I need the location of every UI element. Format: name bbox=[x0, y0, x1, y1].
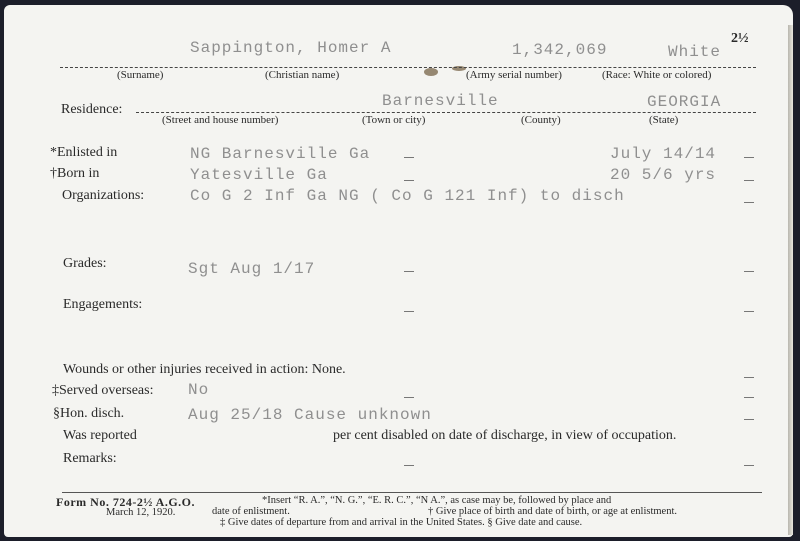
dash-mark bbox=[744, 202, 754, 203]
dash-mark bbox=[404, 271, 414, 272]
caption-race: (Race: White or colored) bbox=[602, 69, 711, 81]
footer-rule bbox=[62, 492, 762, 493]
enlisted-value: NG Barnesville Ga bbox=[190, 145, 370, 163]
engagements-label: Engagements: bbox=[63, 297, 142, 313]
race-value: White bbox=[668, 43, 721, 61]
dash-mark bbox=[404, 180, 414, 181]
enlisted-date: July 14/14 bbox=[610, 145, 716, 163]
overseas-value: No bbox=[188, 381, 209, 399]
dash-mark bbox=[744, 397, 754, 398]
footnote-2: † Give place of birth and date of birth,… bbox=[428, 506, 677, 517]
dash-mark bbox=[744, 377, 754, 378]
residence-state: GEORGIA bbox=[647, 93, 721, 111]
wounds-value: None. bbox=[312, 362, 346, 377]
dash-mark bbox=[404, 311, 414, 312]
discharge-value: Aug 25/18 Cause unknown bbox=[188, 406, 432, 424]
caption-serial: (Army serial number) bbox=[466, 69, 562, 81]
dash-mark bbox=[404, 157, 414, 158]
soldier-name: Sappington, Homer A bbox=[190, 39, 391, 57]
caption-town: (Town or city) bbox=[362, 114, 425, 126]
dash-mark bbox=[404, 465, 414, 466]
footnote-1: *Insert “R. A.”, “N. G.”, “E. R. C.”, “N… bbox=[262, 495, 611, 506]
dash-mark bbox=[744, 419, 754, 420]
remarks-label: Remarks: bbox=[63, 451, 117, 467]
caption-state: (State) bbox=[649, 114, 678, 126]
service-record-card: 2½ Sappington, Homer A 1,342,069 White (… bbox=[4, 5, 793, 537]
dash-mark bbox=[404, 397, 414, 398]
organizations-label: Organizations: bbox=[62, 188, 144, 204]
dash-mark bbox=[744, 180, 754, 181]
card-edge bbox=[788, 25, 793, 535]
grades-value: Sgt Aug 1/17 bbox=[188, 260, 315, 278]
wounds-label: Wounds or other injuries received in act… bbox=[63, 362, 346, 378]
footnote-3: ‡ Give dates of departure from and arriv… bbox=[220, 517, 582, 528]
born-label: †Born in bbox=[50, 166, 99, 182]
dash-mark bbox=[744, 465, 754, 466]
caption-surname: (Surname) bbox=[117, 69, 163, 81]
caption-county: (County) bbox=[521, 114, 561, 126]
footnote-1b: date of enlistment. bbox=[212, 506, 290, 517]
discharge-label: §Hon. disch. bbox=[53, 406, 124, 422]
dash-mark bbox=[744, 271, 754, 272]
residence-town: Barnesville bbox=[382, 92, 499, 110]
born-age: 20 5/6 yrs bbox=[610, 166, 716, 184]
form-date: March 12, 1920. bbox=[106, 507, 175, 518]
caption-christian-name: (Christian name) bbox=[265, 69, 339, 81]
reported-text: per cent disabled on date of discharge, … bbox=[333, 428, 676, 444]
dash-mark bbox=[744, 157, 754, 158]
paper-stain bbox=[424, 68, 438, 76]
overseas-label: ‡Served overseas: bbox=[52, 383, 153, 399]
enlisted-label: *Enlisted in bbox=[50, 145, 117, 161]
name-line bbox=[60, 67, 756, 68]
dash-mark bbox=[744, 311, 754, 312]
serial-number: 1,342,069 bbox=[512, 41, 607, 59]
wounds-label-text: Wounds or other injuries received in act… bbox=[63, 362, 308, 377]
born-value: Yatesville Ga bbox=[190, 166, 328, 184]
caption-street: (Street and house number) bbox=[162, 114, 278, 126]
grades-label: Grades: bbox=[63, 256, 107, 272]
reported-label: Was reported bbox=[63, 428, 137, 444]
residence-label: Residence: bbox=[61, 102, 122, 118]
residence-line bbox=[136, 112, 756, 113]
corner-number: 2½ bbox=[731, 31, 749, 47]
organizations-value: Co G 2 Inf Ga NG ( Co G 121 Inf) to disc… bbox=[190, 187, 625, 205]
